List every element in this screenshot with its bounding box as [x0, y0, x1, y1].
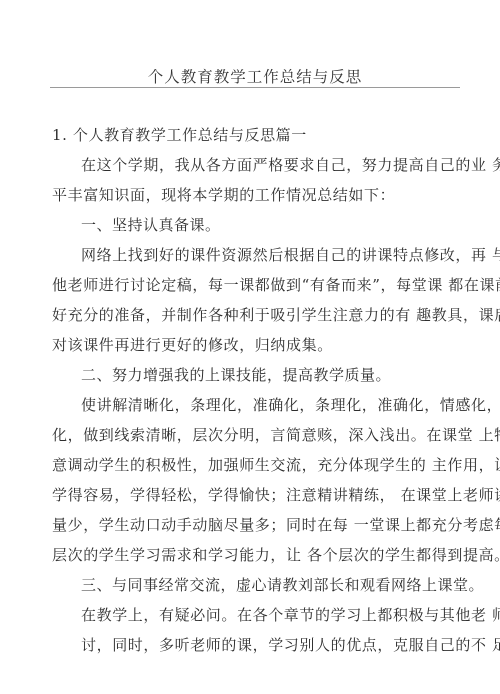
paragraph-line: 网络上找到好的课件资源然后根据自己的讲课特点修改，再 与其: [52, 240, 458, 270]
paragraph-line: 量少，学生动口动手动脑尽量多；同时在每 一堂课上都充分考虑每一个: [52, 510, 458, 540]
paragraph-line: 对该课件再进行更好的修改，归纳成集。: [52, 330, 462, 360]
paragraph-line: 他老师进行讨论定稿，每一课都做到“有备而来”，每堂课 都在课前做: [52, 270, 458, 300]
intro-line: 平丰富知识面，现将本学期的工作情况总结如下：: [52, 180, 462, 210]
document-page: 个人教育教学工作总结与反思 1. 个人教育教学工作总结与反思篇一 在这个学期，我…: [0, 0, 500, 694]
section-title: 一、坚持认真备课。: [52, 210, 462, 240]
paragraph-line: 层次的学生学习需求和学习能力，让 各个层次的学生都得到提高。: [52, 540, 462, 570]
intro-line: 在这个学期，我从各方面严格要求自己，努力提高自己的业 务水: [52, 150, 458, 180]
document-heading: 1. 个人教育教学工作总结与反思篇一: [52, 120, 462, 150]
section-title: 二、努力增强我的上课技能，提高教学质量。: [52, 360, 462, 390]
paragraph-line: 在教学上，有疑必问。在各个章节的学习上都积极与其他老 师探: [52, 600, 458, 630]
paragraph-line: 学得容易，学得轻松，学得愉快；注意精讲精练， 在课堂上老师讲得尽: [52, 480, 458, 510]
paragraph-line: 化，做到线索清晰，层次分明，言简意赅，深入浅出。在课堂 上特别注: [52, 420, 458, 450]
page-header: 个人教育教学工作总结与反思: [50, 62, 460, 88]
section-title: 三、与同事经常交流，虚心请教刘部长和观看网络上课堂。: [52, 570, 462, 600]
paragraph-line: 讨，同时，多听老师的课，学习别人的优点，克服自己的不 足，并: [52, 630, 458, 660]
paragraph-line: 使讲解清晰化，条理化，准确化，条理化，准确化，情感化， 生动: [52, 390, 458, 420]
paragraph-line: 意调动学生的积极性，加强师生交流，充分体现学生的 主作用，让学生: [52, 450, 458, 480]
paragraph-line: 好充分的准备，并制作各种利于吸引学生注意力的有 趣教具，课后及时: [52, 300, 458, 330]
header-title: 个人教育教学工作总结与反思: [50, 65, 460, 87]
document-body: 1. 个人教育教学工作总结与反思篇一 在这个学期，我从各方面严格要求自己，努力提…: [52, 120, 462, 660]
